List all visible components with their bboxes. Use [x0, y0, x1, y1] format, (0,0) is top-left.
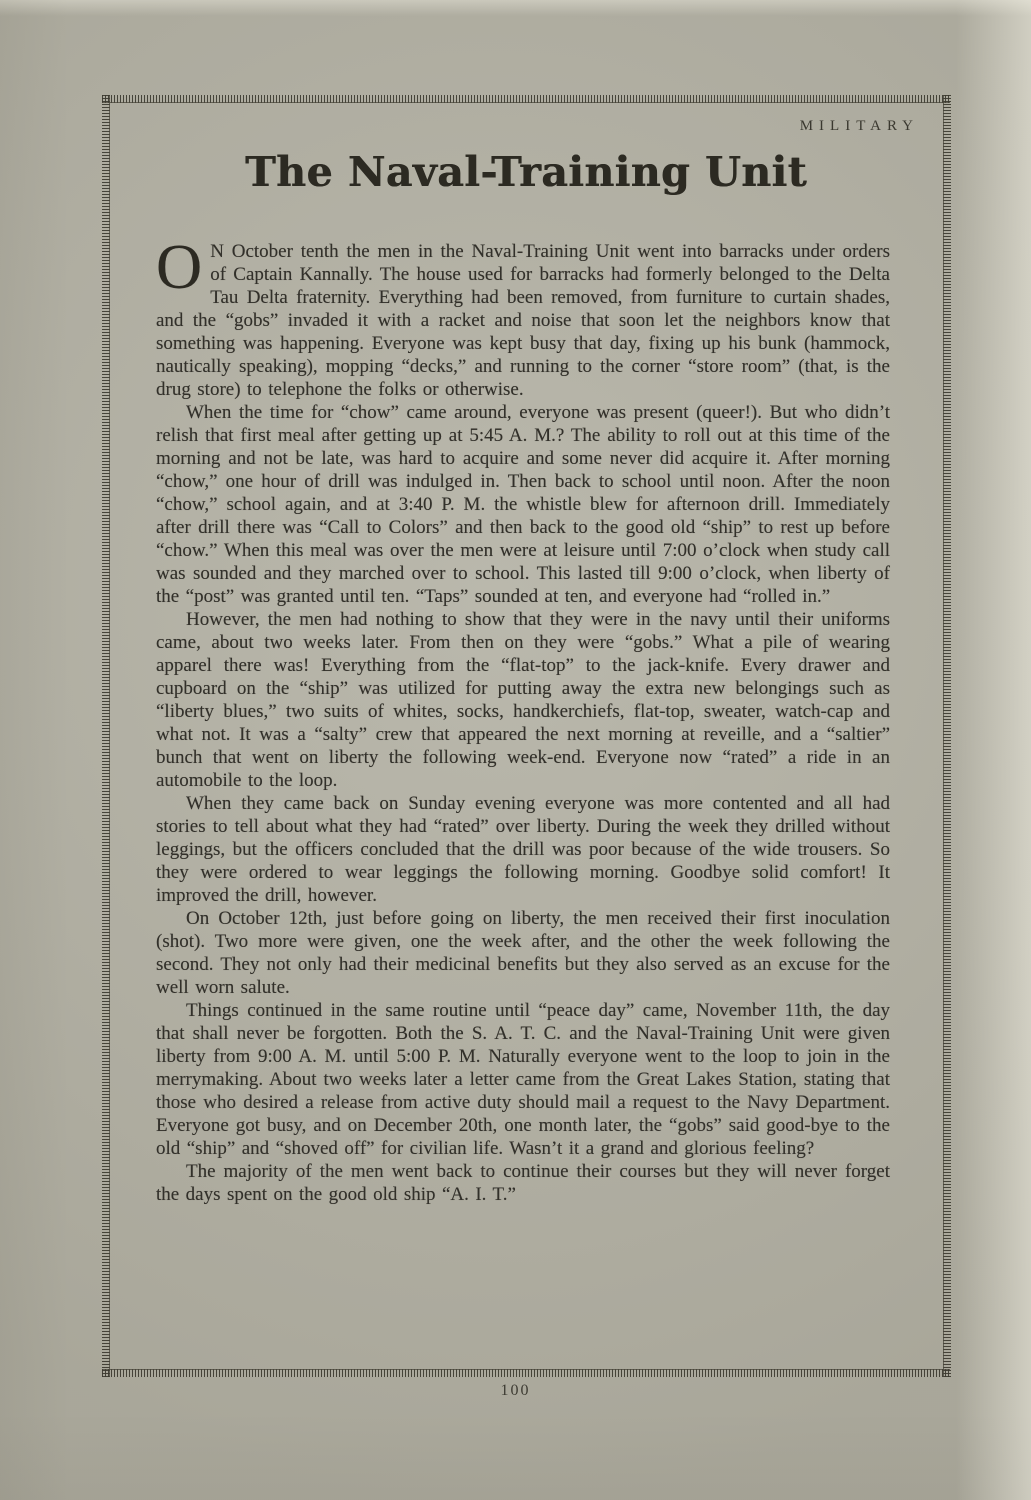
- paragraph-1: ON October tenth the men in the Naval-Tr…: [156, 240, 890, 401]
- article-body: ON October tenth the men in the Naval-Tr…: [156, 240, 890, 1206]
- running-head: MILITARY: [800, 118, 919, 135]
- drop-cap: O: [156, 240, 210, 290]
- decorative-border-bottom: [102, 1369, 950, 1377]
- paragraph-3: However, the men had nothing to show tha…: [156, 608, 890, 792]
- paragraph-7: The majority of the men went back to con…: [156, 1160, 890, 1206]
- paragraph-4: When they came back on Sunday evening ev…: [156, 792, 890, 907]
- paragraph-6: Things continued in the same routine unt…: [156, 999, 890, 1160]
- decorative-border-left: [102, 95, 110, 1377]
- decorative-border-right: [943, 95, 951, 1377]
- page-title: The Naval-Training Unit: [102, 148, 950, 196]
- page-number: 100: [0, 1382, 1031, 1400]
- paragraph-5: On October 12th, just before going on li…: [156, 907, 890, 999]
- decorative-border-top: [102, 95, 950, 103]
- paragraph-1-text: N October tenth the men in the Naval-Tra…: [156, 241, 890, 400]
- paragraph-2: When the time for “chow” came around, ev…: [156, 401, 890, 608]
- scanned-page: MILITARY The Naval-Training Unit ON Octo…: [0, 0, 1031, 1500]
